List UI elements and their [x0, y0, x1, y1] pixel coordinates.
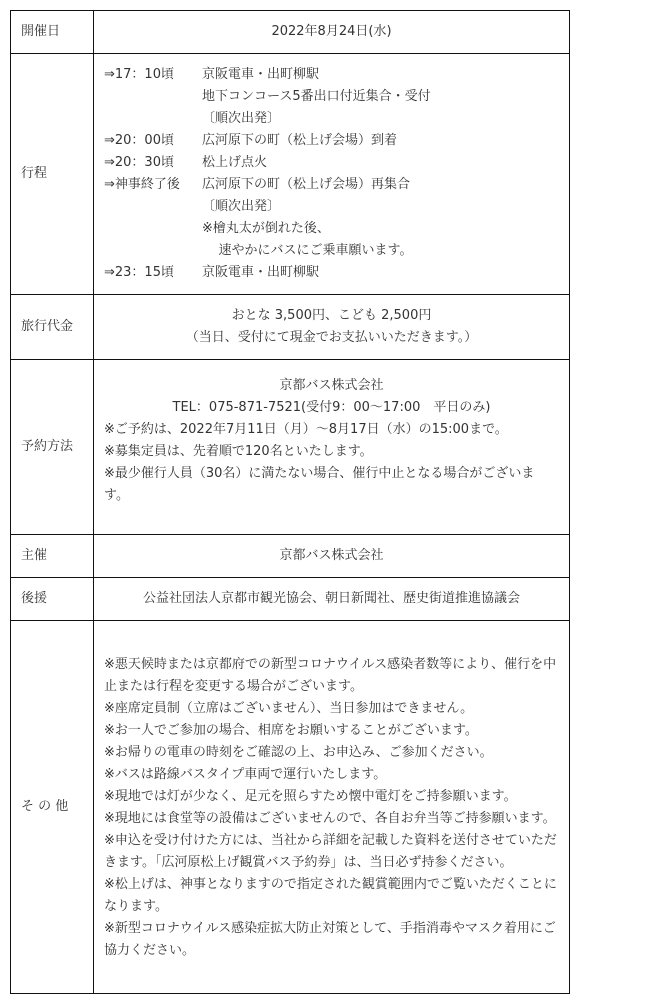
reservation-company: 京都バス株式会社 — [104, 375, 559, 397]
reservation-tel: TEL：075-871-7521(受付9：00～17:00 平日のみ) — [104, 397, 559, 419]
support-label: 後援 — [11, 578, 94, 621]
schedule-line: 速やかにバスにご乗車願います。 — [104, 240, 559, 262]
schedule-line: 〔順次出発〕 — [104, 108, 559, 130]
row-date: 開催日 2022年8月24日(水) — [11, 11, 570, 54]
other-note: ※バスは路線バスタイプ車両で運行いたします。 — [104, 764, 559, 786]
schedule-line: 地下コンコース5番出口付近集合・受付 — [104, 86, 559, 108]
other-note: ※お帰りの電車の時刻をご確認の上、お申込み、ご参加ください。 — [104, 742, 559, 764]
other-note: ※現地では灯が少なく、足元を照らすため懐中電灯をご持参願います。 — [104, 786, 559, 808]
reservation-value: 京都バス株式会社 TEL：075-871-7521(受付9：00～17:00 平… — [94, 360, 570, 535]
reservation-note: ※最少催行人員（30名）に満たない場合、催行中止となる場合がございます。 — [104, 463, 559, 507]
schedule-line: ⇒17：10頃京阪電車・出町柳駅 — [104, 64, 559, 86]
date-value: 2022年8月24日(水) — [94, 11, 570, 54]
other-note: ※座席定員制（立席はございません）、当日参加はできません。 — [104, 698, 559, 720]
other-note: ※悪天候時または京都府での新型コロナウイルス感染者数等により、催行を中止または行… — [104, 654, 559, 698]
schedule-value: ⇒17：10頃京阪電車・出町柳駅 地下コンコース5番出口付近集合・受付 〔順次出… — [94, 54, 570, 295]
other-label: そ の 他 — [11, 621, 94, 994]
host-label: 主催 — [11, 535, 94, 578]
price-label: 旅行代金 — [11, 295, 94, 360]
schedule-line: ⇒神事終了後広河原下の町（松上げ会場）再集合 — [104, 174, 559, 196]
reservation-note: ※ご予約は、2022年7月11日（月）～8月17日（水）の15:00まで。 — [104, 419, 559, 441]
other-note: ※お一人でご参加の場合、相席をお願いすることがございます。 — [104, 720, 559, 742]
price-value: おとな 3,500円、こども 2,500円 （当日、受付にて現金でお支払いいただ… — [94, 295, 570, 360]
other-note: ※現地には食堂等の設備はございませんので、各自お弁当等ご持参願います。 — [104, 808, 559, 830]
price-amounts: おとな 3,500円、こども 2,500円 — [104, 305, 559, 327]
row-price: 旅行代金 おとな 3,500円、こども 2,500円 （当日、受付にて現金でお支… — [11, 295, 570, 360]
row-host: 主催 京都バス株式会社 — [11, 535, 570, 578]
schedule-line: ※檜丸太が倒れた後、 — [104, 218, 559, 240]
schedule-line: ⇒20：30頃松上げ点火 — [104, 152, 559, 174]
date-label: 開催日 — [11, 11, 94, 54]
other-note: ※新型コロナウイルス感染症拡大防止対策として、手指消毒やマスク着用にご協力くださ… — [104, 918, 559, 962]
schedule-line: ⇒23：15頃京阪電車・出町柳駅 — [104, 262, 559, 284]
schedule-line: 〔順次出発〕 — [104, 196, 559, 218]
row-support: 後援 公益社団法人京都市観光協会、朝日新聞社、歴史街道推進協議会 — [11, 578, 570, 621]
host-value: 京都バス株式会社 — [94, 535, 570, 578]
reservation-note: ※募集定員は、先着順で120名といたします。 — [104, 441, 559, 463]
price-payment-note: （当日、受付にて現金でお支払いいただきます。） — [104, 327, 559, 349]
support-value: 公益社団法人京都市観光協会、朝日新聞社、歴史街道推進協議会 — [94, 578, 570, 621]
row-reservation: 予約方法 京都バス株式会社 TEL：075-871-7521(受付9：00～17… — [11, 360, 570, 535]
reservation-label: 予約方法 — [11, 360, 94, 535]
other-note: ※申込を受け付けた方には、当社から詳細を記載した資料を送付させていただきます。「… — [104, 830, 559, 874]
other-value: ※悪天候時または京都府での新型コロナウイルス感染者数等により、催行を中止または行… — [94, 621, 570, 994]
row-other: そ の 他 ※悪天候時または京都府での新型コロナウイルス感染者数等により、催行を… — [11, 621, 570, 994]
tour-info-table: 開催日 2022年8月24日(水) 行程 ⇒17：10頃京阪電車・出町柳駅 地下… — [10, 10, 570, 994]
schedule-label: 行程 — [11, 54, 94, 295]
schedule-line: ⇒20：00頃広河原下の町（松上げ会場）到着 — [104, 130, 559, 152]
row-schedule: 行程 ⇒17：10頃京阪電車・出町柳駅 地下コンコース5番出口付近集合・受付 〔… — [11, 54, 570, 295]
other-note: ※松上げは、神事となりますので指定された観賞範囲内でご覧いただくことになります。 — [104, 874, 559, 918]
